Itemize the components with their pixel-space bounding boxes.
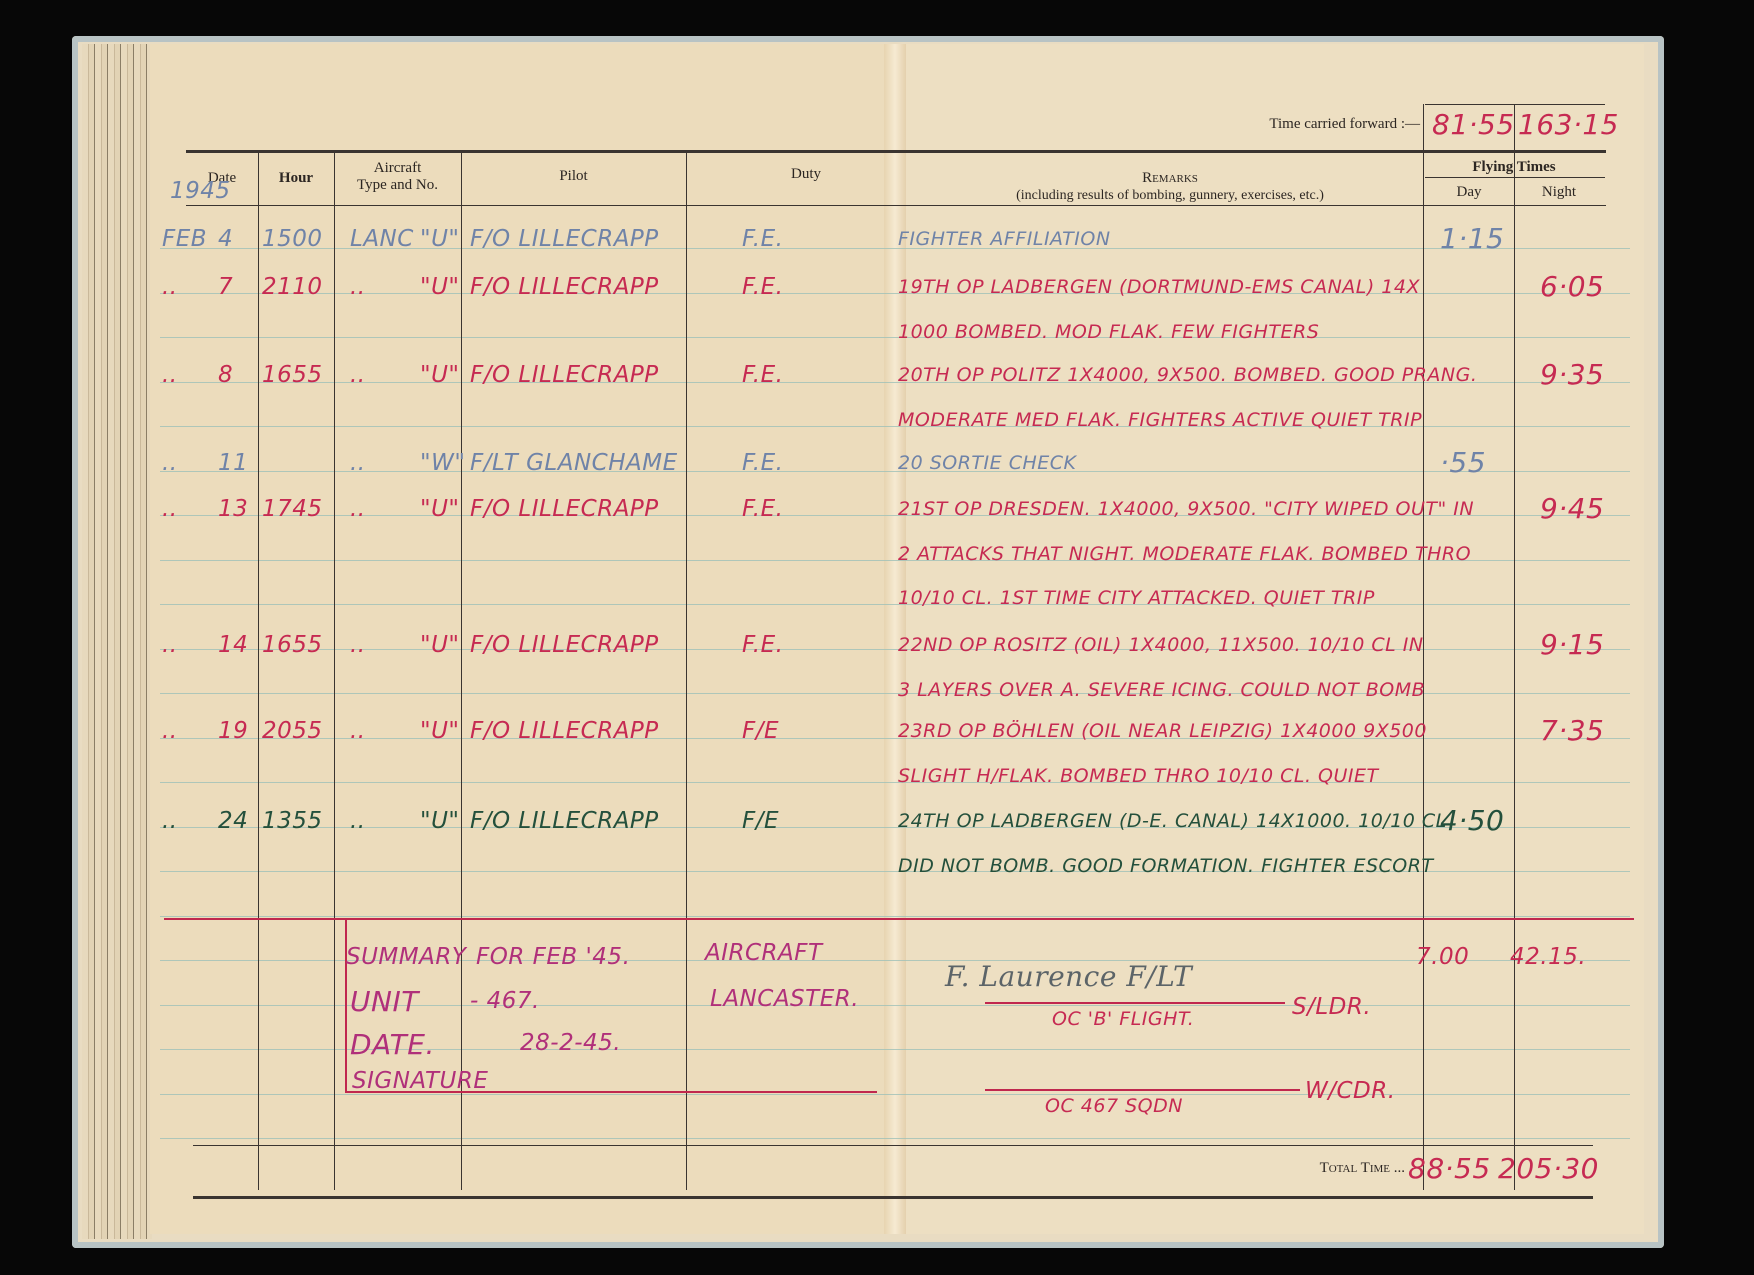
entry-duty: F.E. — [742, 496, 783, 522]
entry-aircraft-no: "U" — [420, 274, 460, 300]
squadron-role-label: OC 467 SQDN — [1045, 1095, 1183, 1117]
entry-pilot: F/O LILLECRAPP — [470, 632, 659, 658]
entry-aircraft-no: "U" — [420, 496, 460, 522]
entry-pilot: F/O LILLECRAPP — [470, 226, 659, 252]
entry-aircraft-no: "W" — [420, 450, 465, 476]
col-header-aircraft-2: Type and No. — [334, 177, 461, 194]
entry-remarks-line: DID NOT BOMB. GOOD FORMATION. FIGHTER ES… — [898, 855, 1434, 877]
entry-night-time: 7·35 — [1540, 714, 1604, 747]
entry-hour: 2055 — [262, 718, 323, 744]
total-day: 88·55 — [1408, 1152, 1491, 1185]
summary-date-value: 28-2-45. — [520, 1030, 621, 1056]
entry-remarks-line: SLIGHT H/FLAK. BOMBED THRO 10/10 CL. QUI… — [898, 765, 1379, 787]
entry-pilot: F/O LILLECRAPP — [470, 274, 659, 300]
ruled-line — [160, 471, 1630, 472]
entry-month: .. — [162, 718, 178, 744]
entry-date: 24 — [218, 808, 248, 834]
entry-duty: F.E. — [742, 274, 783, 300]
entry-date: 11 — [218, 450, 248, 476]
squadron-rank: W/CDR. — [1305, 1078, 1396, 1104]
total-top-rule — [193, 1145, 1593, 1146]
carried-forward-night: 163·15 — [1518, 108, 1619, 141]
total-night: 205·30 — [1498, 1152, 1599, 1185]
ruled-line — [160, 337, 1630, 338]
summary-unit-value: - 467. — [470, 988, 540, 1014]
entry-month: .. — [162, 450, 178, 476]
summary-date-label: DATE. — [350, 1028, 435, 1061]
entry-aircraft-no: "U" — [420, 718, 460, 744]
entry-remarks-line: FIGHTER AFFILIATION — [898, 228, 1111, 250]
entry-month: .. — [162, 362, 178, 388]
summary-aircraft-label: AIRCRAFT — [705, 940, 823, 966]
col-line-day — [1514, 104, 1515, 1190]
entry-remarks-line: 3 LAYERS OVER A. SEVERE ICING. COULD NOT… — [898, 679, 1425, 701]
col-line-date — [258, 150, 259, 1190]
entry-hour: 1355 — [262, 808, 323, 834]
entry-hour: 1745 — [262, 496, 323, 522]
entry-night-time: 9·35 — [1540, 358, 1604, 391]
flight-role-label: OC 'B' FLIGHT. — [1052, 1008, 1194, 1030]
entry-day-time: ·55 — [1440, 446, 1486, 479]
entry-aircraft-no: "U" — [420, 632, 460, 658]
summary-top-rule — [164, 918, 1634, 920]
entry-aircraft-type: .. — [350, 362, 366, 388]
flight-rank: S/LDR. — [1292, 994, 1371, 1020]
header-bottom-rule — [186, 205, 1606, 206]
entry-remarks-line: 1000 BOMBED. MOD FLAK. FEW FIGHTERS — [898, 321, 1319, 343]
col-header-remarks-sub: (including results of bombing, gunnery, … — [920, 187, 1420, 204]
entry-night-time: 9·15 — [1540, 628, 1604, 661]
entry-hour: 2110 — [262, 274, 323, 300]
col-header-remarks: Remarks — [920, 170, 1420, 187]
summary-aircraft-value: LANCASTER. — [710, 986, 859, 1012]
entry-hour: 1655 — [262, 362, 323, 388]
ruled-line — [160, 782, 1630, 783]
entry-date: 14 — [218, 632, 248, 658]
entry-pilot: F/O LILLECRAPP — [470, 496, 659, 522]
entry-duty: F.E. — [742, 362, 783, 388]
entry-hour: 1655 — [262, 632, 323, 658]
entry-month: FEB — [162, 226, 207, 252]
entry-aircraft-type: .. — [350, 808, 366, 834]
year: 1945 — [170, 178, 231, 204]
entry-remarks-line: 2 ATTACKS THAT NIGHT. MODERATE FLAK. BOM… — [898, 543, 1471, 565]
col-header-day: Day — [1424, 184, 1514, 201]
entry-month: .. — [162, 632, 178, 658]
total-bottom-rule — [193, 1196, 1593, 1199]
entry-aircraft-no: "U" — [420, 362, 460, 388]
entry-duty: F/E — [742, 808, 779, 834]
page-edges — [82, 44, 152, 1239]
entry-remarks-line: 21ST OP DRESDEN. 1X4000, 9X500. "CITY WI… — [898, 498, 1474, 520]
col-header-aircraft-1: Aircraft — [334, 160, 461, 177]
entry-duty: F.E. — [742, 632, 783, 658]
header-top-rule — [186, 150, 1606, 153]
entry-remarks-line: 20TH OP POLITZ 1X4000, 9X500. BOMBED. GO… — [898, 364, 1477, 386]
entry-date: 4 — [218, 226, 233, 252]
entry-night-time: 9·45 — [1540, 492, 1604, 525]
entry-aircraft-no: "U" — [420, 226, 460, 252]
entry-aircraft-type: LANC — [350, 226, 414, 252]
col-header-flying-times: Flying Times — [1424, 159, 1604, 176]
entry-day-time: 4·50 — [1440, 804, 1504, 837]
entry-date: 8 — [218, 362, 233, 388]
ruled-line — [160, 916, 1630, 917]
entry-pilot: F/O LILLECRAPP — [470, 718, 659, 744]
entry-aircraft-type: .. — [350, 632, 366, 658]
flight-commander-signature: F. Laurence F/LT — [945, 960, 1192, 993]
entry-remarks-line: 24TH OP LADBERGEN (D-E. CANAL) 14X1000. … — [898, 810, 1447, 832]
col-line-pilot — [686, 150, 687, 1190]
entry-remarks-line: 23RD OP BÖHLEN (OIL NEAR LEIPZIG) 1X4000… — [898, 720, 1427, 742]
squadron-signature-line — [985, 1089, 1300, 1091]
entry-date: 13 — [218, 496, 248, 522]
entry-remarks-line: 22ND OP ROSITZ (OIL) 1X4000, 11X500. 10/… — [898, 634, 1424, 656]
entry-pilot: F/O LILLECRAPP — [470, 808, 659, 834]
summary-period: FOR FEB '45. — [476, 944, 630, 970]
col-line-aircraft — [461, 150, 462, 1190]
carried-forward-box-top — [1425, 104, 1605, 105]
ruled-line — [160, 1138, 1630, 1139]
carried-forward-day: 81·55 — [1432, 108, 1515, 141]
entry-remarks-line: MODERATE MED FLAK. FIGHTERS ACTIVE QUIET… — [898, 409, 1422, 431]
entry-night-time: 6·05 — [1540, 270, 1604, 303]
entry-date: 19 — [218, 718, 248, 744]
entry-duty: F.E. — [742, 450, 783, 476]
entry-pilot: F/LT GLANCHAME — [470, 450, 678, 476]
entry-aircraft-type: .. — [350, 274, 366, 300]
entry-month: .. — [162, 808, 178, 834]
col-header-night: Night — [1514, 184, 1604, 201]
entry-aircraft-type: .. — [350, 718, 366, 744]
col-header-duty: Duty — [686, 166, 926, 183]
entry-hour: 1500 — [262, 226, 323, 252]
col-line-hour — [334, 150, 335, 1190]
entry-month: .. — [162, 274, 178, 300]
total-time-label: Total Time ... — [1240, 1160, 1405, 1177]
entry-remarks-line: 20 SORTIE CHECK — [898, 452, 1076, 474]
entry-pilot: F/O LILLECRAPP — [470, 362, 659, 388]
entry-remarks-line: 19TH OP LADBERGEN (DORTMUND-EMS CANAL) 1… — [898, 276, 1420, 298]
col-header-pilot: Pilot — [461, 168, 686, 185]
ruled-line — [160, 604, 1630, 605]
entry-aircraft-no: "U" — [420, 808, 460, 834]
entry-date: 7 — [218, 274, 233, 300]
entry-month: .. — [162, 496, 178, 522]
summary-unit-label: UNIT — [350, 985, 419, 1018]
entry-aircraft-type: .. — [350, 450, 366, 476]
entry-duty: F/E — [742, 718, 779, 744]
entry-aircraft-type: .. — [350, 496, 366, 522]
summary-label: SUMMARY — [346, 944, 466, 970]
flight-signature-line — [985, 1002, 1285, 1004]
summary-signature-label: SIGNATURE — [352, 1068, 488, 1094]
summary-day-total: 7.00 — [1416, 944, 1469, 970]
summary-night-total: 42.15. — [1510, 944, 1586, 970]
entry-duty: F.E. — [742, 226, 783, 252]
entry-remarks-line: 10/10 CL. 1ST TIME CITY ATTACKED. QUIET … — [898, 587, 1375, 609]
flying-times-divider — [1425, 177, 1605, 178]
col-header-hour: Hour — [258, 170, 334, 187]
entry-day-time: 1·15 — [1440, 222, 1504, 255]
time-carried-forward-label: Time carried forward :— — [1180, 116, 1420, 133]
